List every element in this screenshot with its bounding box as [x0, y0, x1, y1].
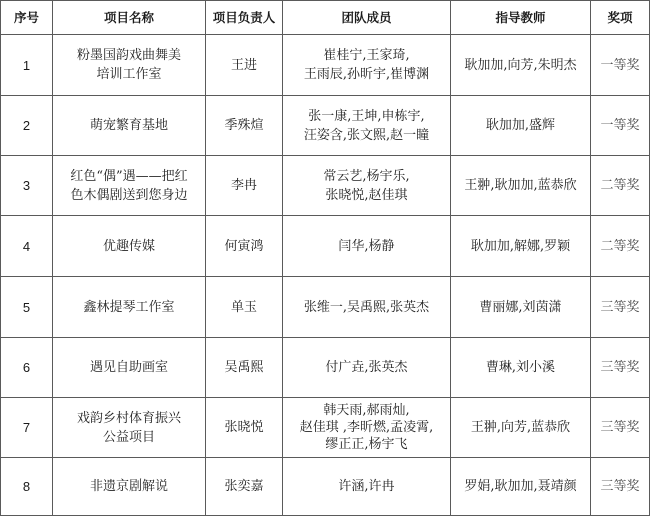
project-name-line: 优趣传媒 — [55, 237, 203, 256]
awards-table: 序号 项目名称 项目负责人 团队成员 指导教师 奖项 1 粉墨国韵戏曲舞美 培训… — [0, 0, 650, 516]
header-index: 序号 — [1, 1, 53, 35]
team-members-line: 张一康,王坤,申栋宇, — [285, 107, 448, 126]
project-name: 戏韵乡村体育振兴 公益项目 — [53, 398, 206, 458]
team-members-line: 缪正正,杨宇飞 — [285, 436, 448, 453]
project-name-line: 戏韵乡村体育振兴 — [55, 409, 203, 428]
award: 一等奖 — [591, 96, 650, 156]
header-advisors: 指导教师 — [451, 1, 591, 35]
advisors: 王翀,向芳,蓝恭欣 — [451, 398, 591, 458]
project-name-line: 粉墨国韵戏曲舞美 — [55, 46, 203, 65]
project-name-line: 色木偶剧送到您身边 — [55, 186, 203, 205]
team-members: 许涵,许冉 — [283, 458, 451, 516]
row-index: 5 — [1, 277, 53, 338]
team-members-line: 许涵,许冉 — [285, 477, 448, 496]
team-members-line: 付广垚,张英杰 — [285, 358, 448, 377]
advisors: 耿加加,向芳,朱明杰 — [451, 35, 591, 96]
project-name-line: 萌宠繁育基地 — [55, 116, 203, 135]
row-index: 4 — [1, 216, 53, 277]
header-award: 奖项 — [591, 1, 650, 35]
team-members: 付广垚,张英杰 — [283, 338, 451, 398]
header-leader: 项目负责人 — [206, 1, 283, 35]
team-members: 韩天雨,郝雨灿, 赵佳琪 ,李昕燃,孟凌霄, 缪正正,杨宇飞 — [283, 398, 451, 458]
project-leader: 季殊煊 — [206, 96, 283, 156]
team-members-line: 汪姿含,张文熙,赵一瞳 — [285, 126, 448, 145]
advisors: 曹丽娜,刘茵潇 — [451, 277, 591, 338]
award: 一等奖 — [591, 35, 650, 96]
header-project-name: 项目名称 — [53, 1, 206, 35]
team-members: 张维一,吴禹熙,张英杰 — [283, 277, 451, 338]
project-name: 鑫林提琴工作室 — [53, 277, 206, 338]
advisors: 王翀,耿加加,蓝恭欣 — [451, 156, 591, 216]
project-name-line: 红色“偶”遇——把红 — [55, 167, 203, 186]
team-members-line: 韩天雨,郝雨灿, — [285, 402, 448, 419]
project-leader: 王进 — [206, 35, 283, 96]
team-members-line: 张维一,吴禹熙,张英杰 — [285, 298, 448, 317]
row-index: 7 — [1, 398, 53, 458]
header-team-members: 团队成员 — [283, 1, 451, 35]
award: 三等奖 — [591, 338, 650, 398]
team-members-line: 张晓悦,赵佳琪 — [285, 186, 448, 205]
project-name-line: 遇见自助画室 — [55, 358, 203, 377]
project-name: 粉墨国韵戏曲舞美 培训工作室 — [53, 35, 206, 96]
team-members-line: 常云艺,杨宇乐, — [285, 167, 448, 186]
project-leader: 单玉 — [206, 277, 283, 338]
project-name: 红色“偶”遇——把红 色木偶剧送到您身边 — [53, 156, 206, 216]
team-members: 常云艺,杨宇乐, 张晓悦,赵佳琪 — [283, 156, 451, 216]
table-row: 2 萌宠繁育基地 季殊煊 张一康,王坤,申栋宇, 汪姿含,张文熙,赵一瞳 耿加加… — [1, 96, 650, 156]
award: 三等奖 — [591, 277, 650, 338]
project-name-line: 鑫林提琴工作室 — [55, 298, 203, 317]
team-members-line: 崔桂宁,王家琦, — [285, 46, 448, 65]
project-name-line: 培训工作室 — [55, 65, 203, 84]
row-index: 3 — [1, 156, 53, 216]
row-index: 1 — [1, 35, 53, 96]
award: 二等奖 — [591, 216, 650, 277]
row-index: 8 — [1, 458, 53, 516]
project-leader: 张晓悦 — [206, 398, 283, 458]
award: 三等奖 — [591, 398, 650, 458]
team-members: 张一康,王坤,申栋宇, 汪姿含,张文熙,赵一瞳 — [283, 96, 451, 156]
project-leader: 张奕嘉 — [206, 458, 283, 516]
award: 二等奖 — [591, 156, 650, 216]
table-row: 8 非遗京剧解说 张奕嘉 许涵,许冉 罗娟,耿加加,聂靖颜 三等奖 — [1, 458, 650, 516]
award: 三等奖 — [591, 458, 650, 516]
advisors: 曹琳,刘小溪 — [451, 338, 591, 398]
project-leader: 吴禹熙 — [206, 338, 283, 398]
team-members-line: 赵佳琪 ,李昕燃,孟凌霄, — [285, 419, 448, 436]
team-members-line: 闫华,杨静 — [285, 237, 448, 256]
advisors: 罗娟,耿加加,聂靖颜 — [451, 458, 591, 516]
project-name: 优趣传媒 — [53, 216, 206, 277]
row-index: 6 — [1, 338, 53, 398]
table-row: 3 红色“偶”遇——把红 色木偶剧送到您身边 李冉 常云艺,杨宇乐, 张晓悦,赵… — [1, 156, 650, 216]
team-members: 崔桂宁,王家琦, 王雨辰,孙昕宇,崔博渊 — [283, 35, 451, 96]
project-name-line: 非遗京剧解说 — [55, 477, 203, 496]
project-name: 萌宠繁育基地 — [53, 96, 206, 156]
project-leader: 李冉 — [206, 156, 283, 216]
project-name: 非遗京剧解说 — [53, 458, 206, 516]
table-row: 4 优趣传媒 何寅鸿 闫华,杨静 耿加加,解娜,罗颖 二等奖 — [1, 216, 650, 277]
advisors: 耿加加,解娜,罗颖 — [451, 216, 591, 277]
project-name-line: 公益项目 — [55, 428, 203, 447]
team-members-line: 王雨辰,孙昕宇,崔博渊 — [285, 65, 448, 84]
table-row: 7 戏韵乡村体育振兴 公益项目 张晓悦 韩天雨,郝雨灿, 赵佳琪 ,李昕燃,孟凌… — [1, 398, 650, 458]
table-row: 6 遇见自助画室 吴禹熙 付广垚,张英杰 曹琳,刘小溪 三等奖 — [1, 338, 650, 398]
row-index: 2 — [1, 96, 53, 156]
project-leader: 何寅鸿 — [206, 216, 283, 277]
table-row: 1 粉墨国韵戏曲舞美 培训工作室 王进 崔桂宁,王家琦, 王雨辰,孙昕宇,崔博渊… — [1, 35, 650, 96]
team-members: 闫华,杨静 — [283, 216, 451, 277]
project-name: 遇见自助画室 — [53, 338, 206, 398]
header-row: 序号 项目名称 项目负责人 团队成员 指导教师 奖项 — [1, 1, 650, 35]
table-row: 5 鑫林提琴工作室 单玉 张维一,吴禹熙,张英杰 曹丽娜,刘茵潇 三等奖 — [1, 277, 650, 338]
advisors: 耿加加,盛辉 — [451, 96, 591, 156]
